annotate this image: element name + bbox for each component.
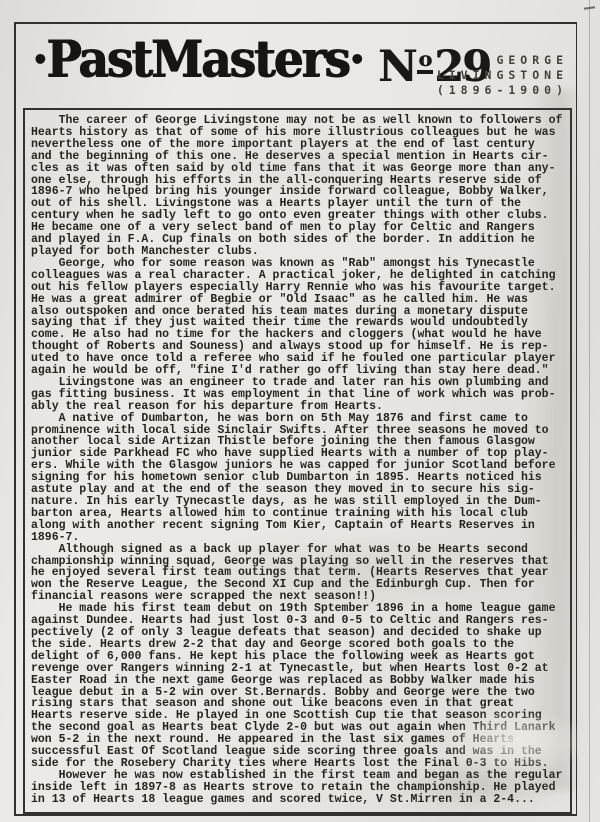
scanned-fanzine-page: ·PastMasters· No29 GEORGE LIVINGSTONE (1… bbox=[0, 0, 600, 822]
paragraph-7: However he was now established in the fi… bbox=[31, 770, 567, 806]
subject-title: GEORGE LIVINGSTONE (1896-1900) bbox=[437, 53, 568, 98]
page-edge-line bbox=[589, 0, 590, 822]
subject-line-2: LIVINGSTONE bbox=[437, 68, 568, 83]
article-body: The career of George Livingstone may not… bbox=[23, 108, 572, 814]
subject-line-3: (1896-1900) bbox=[437, 83, 568, 98]
pastmasters-logo: ·PastMasters· bbox=[32, 30, 363, 89]
paragraph-1: The career of George Livingstone may not… bbox=[31, 115, 567, 258]
paragraph-3: Livingstone was an engineer to trade and… bbox=[31, 377, 567, 413]
corner-artifact bbox=[584, 6, 595, 10]
masthead: ·PastMasters· No29 GEORGE LIVINGSTONE (1… bbox=[16, 24, 576, 108]
paragraph-4: A native of Dumbarton, he was born on 5t… bbox=[31, 413, 567, 544]
paragraph-6: He made his first team debut on 19th Spt… bbox=[31, 603, 567, 770]
subject-line-1: GEORGE bbox=[437, 53, 568, 68]
paragraph-5: Although signed as a back up player for … bbox=[31, 544, 567, 604]
issue-letter: N bbox=[378, 42, 415, 92]
paragraph-2: George, who for some reason was known as… bbox=[31, 258, 567, 377]
page-frame: ·PastMasters· No29 GEORGE LIVINGSTONE (1… bbox=[14, 22, 577, 816]
issue-ordinal: o bbox=[417, 51, 433, 74]
